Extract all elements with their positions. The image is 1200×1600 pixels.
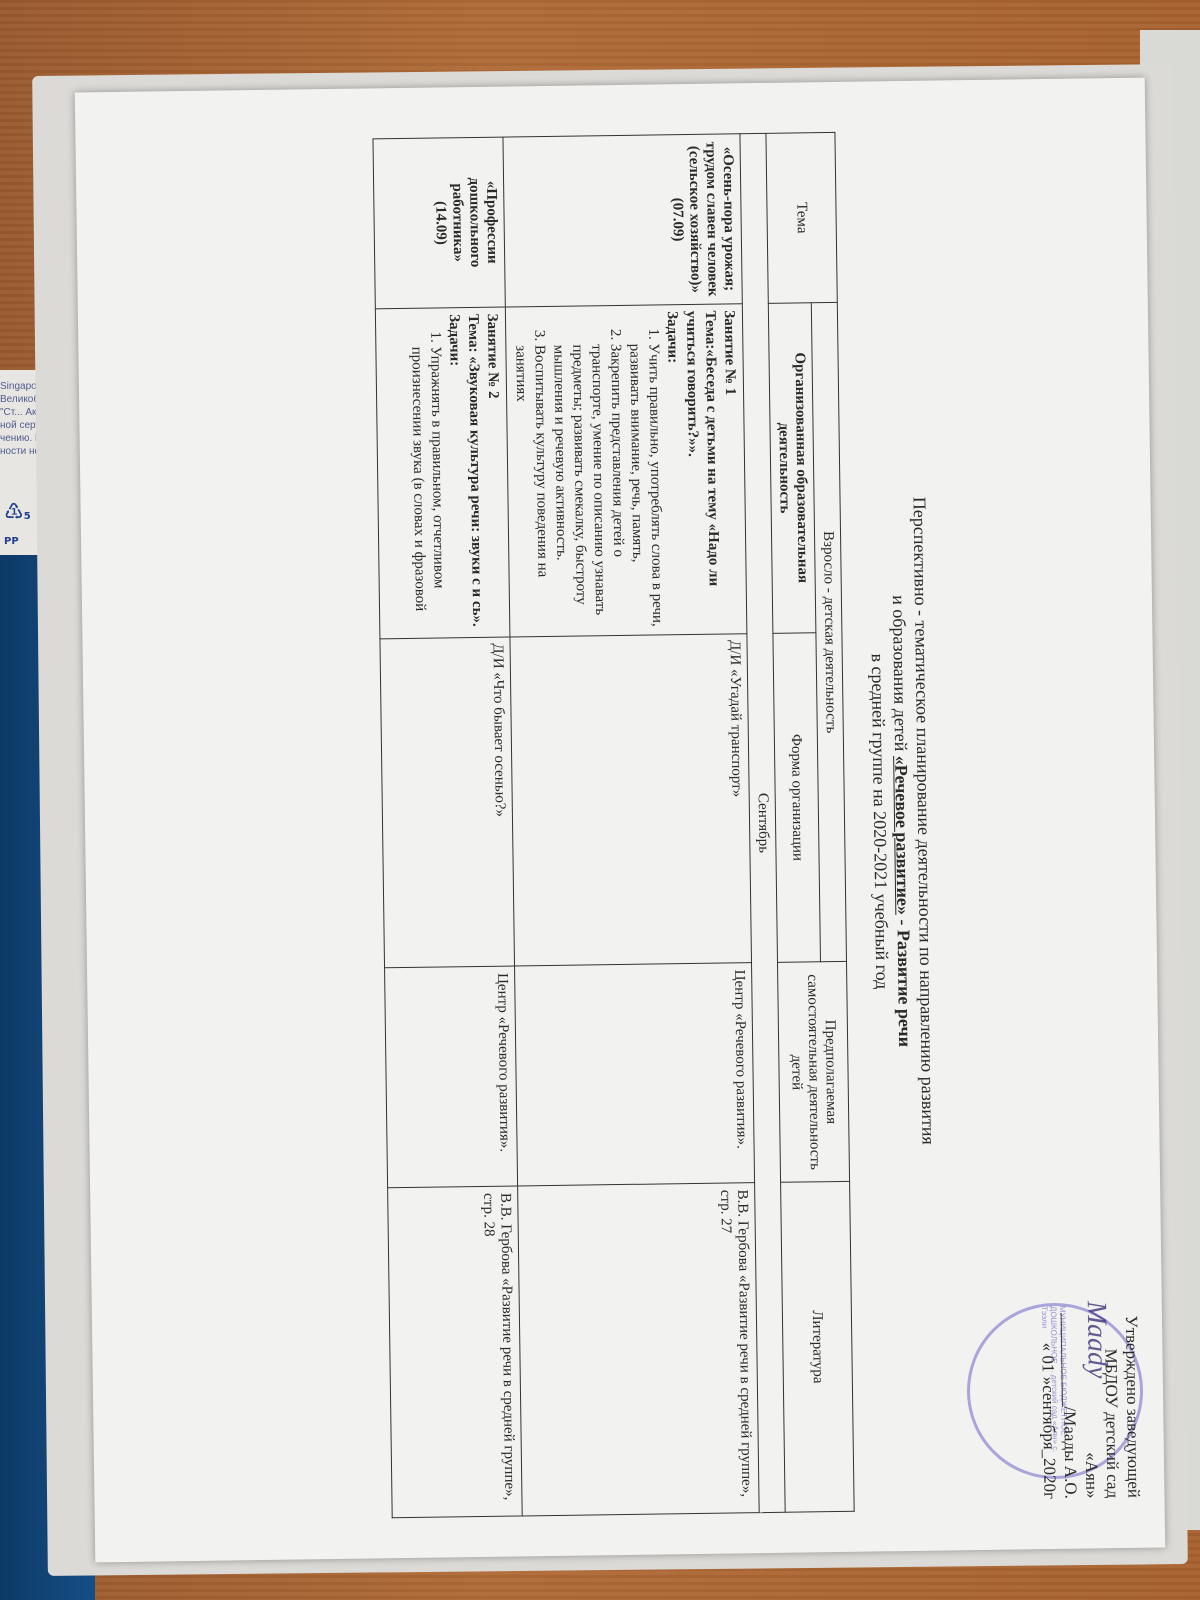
approval-block: Утверждено заведующей МБДОУ детский сад … [1036, 1228, 1145, 1499]
header-literature: Литература [781, 1182, 855, 1513]
literature-cell: В.В. Гербова «Развитие речи в средней гр… [518, 1183, 760, 1516]
document-title: Перспективно - тематическое планирование… [859, 111, 945, 1532]
literature-cell: В.В. Гербова «Развитие речи в средней гр… [388, 1186, 523, 1518]
form-cell: Д/И «Что бывает осенью?» [380, 637, 515, 968]
planning-table: Тема Взросло - детская деятельность Пред… [372, 132, 854, 1518]
independent-cell: Центр «Речевого развития». [385, 966, 518, 1188]
document-page: МУНИЦИПАЛЬНОЕ БЮДЖЕТНОЕ ДОШКОЛЬНОЕ ... д… [75, 78, 1165, 1563]
tasks-list: Учить правильно, употреблять слова в реч… [510, 311, 666, 630]
approval-line: ___________/Маады А.О. [1057, 1229, 1082, 1499]
topic-text: «Осень-пора урожая; трудом славен челове… [685, 140, 738, 298]
header-topic: Тема [766, 132, 837, 303]
document-content: МУНИЦИПАЛЬНОЕ БЮДЖЕТНОЕ ДОШКОЛЬНОЕ ... д… [135, 108, 1155, 1542]
approval-line: Утверждено заведующей [1120, 1228, 1145, 1498]
approval-line: «Аян» [1078, 1228, 1103, 1498]
topic-date: (07.09) [668, 141, 687, 298]
topic-cell: «Осень-пора урожая; трудом славен челове… [503, 134, 742, 307]
tasks-list: Упражнять в правильном, отчетливом произ… [406, 314, 448, 631]
lesson-cell: Занятие № 1 Тема:«Беседа с детьми на тем… [505, 304, 747, 637]
independent-cell: Центр «Речевого развития». [515, 963, 755, 1186]
topic-text: «Профессии дошкольного работника» [448, 144, 501, 302]
table-row: «Осень-пора урожая; трудом славен челове… [503, 134, 759, 1516]
task-item: Воспитывать культуру поведения на заняти… [510, 345, 552, 630]
lesson-cell: Занятие № 2 Тема: «Звуковая культура реч… [375, 307, 510, 639]
approval-line: « 01 »сентября_2020г [1036, 1229, 1061, 1499]
title-prefix: и образования детей [889, 595, 911, 756]
approval-line: МБДОУ детский сад [1099, 1228, 1124, 1498]
title-direction: «Речевое развитие» [891, 756, 913, 915]
header-organized: Организованная образовательная деятельно… [768, 303, 816, 633]
lesson-theme: Тема:«Беседа с детьми на тему «Надо ли у… [681, 310, 723, 627]
header-independent: Предполагаемая самостоятельная деятельно… [778, 962, 850, 1183]
form-cell: Д/И «Угадай транспорт» [510, 633, 752, 966]
title-suffix: - Развитие речи [893, 915, 915, 1047]
topic-cell: «Профессии дошкольного работника» (14.09… [373, 137, 505, 309]
topic-date: (14.09) [431, 144, 450, 301]
task-item: Упражнять в правильном, отчетливом произ… [406, 346, 448, 631]
header-form: Форма организации [773, 632, 821, 962]
task-item: Закрепить представления детей о транспор… [548, 344, 628, 630]
recycle-icon: ♳5 PP [4, 500, 40, 532]
table-row: «Профессии дошкольного работника» (14.09… [373, 137, 522, 1518]
task-item: Учить правильно, употреблять слова в реч… [624, 343, 666, 628]
